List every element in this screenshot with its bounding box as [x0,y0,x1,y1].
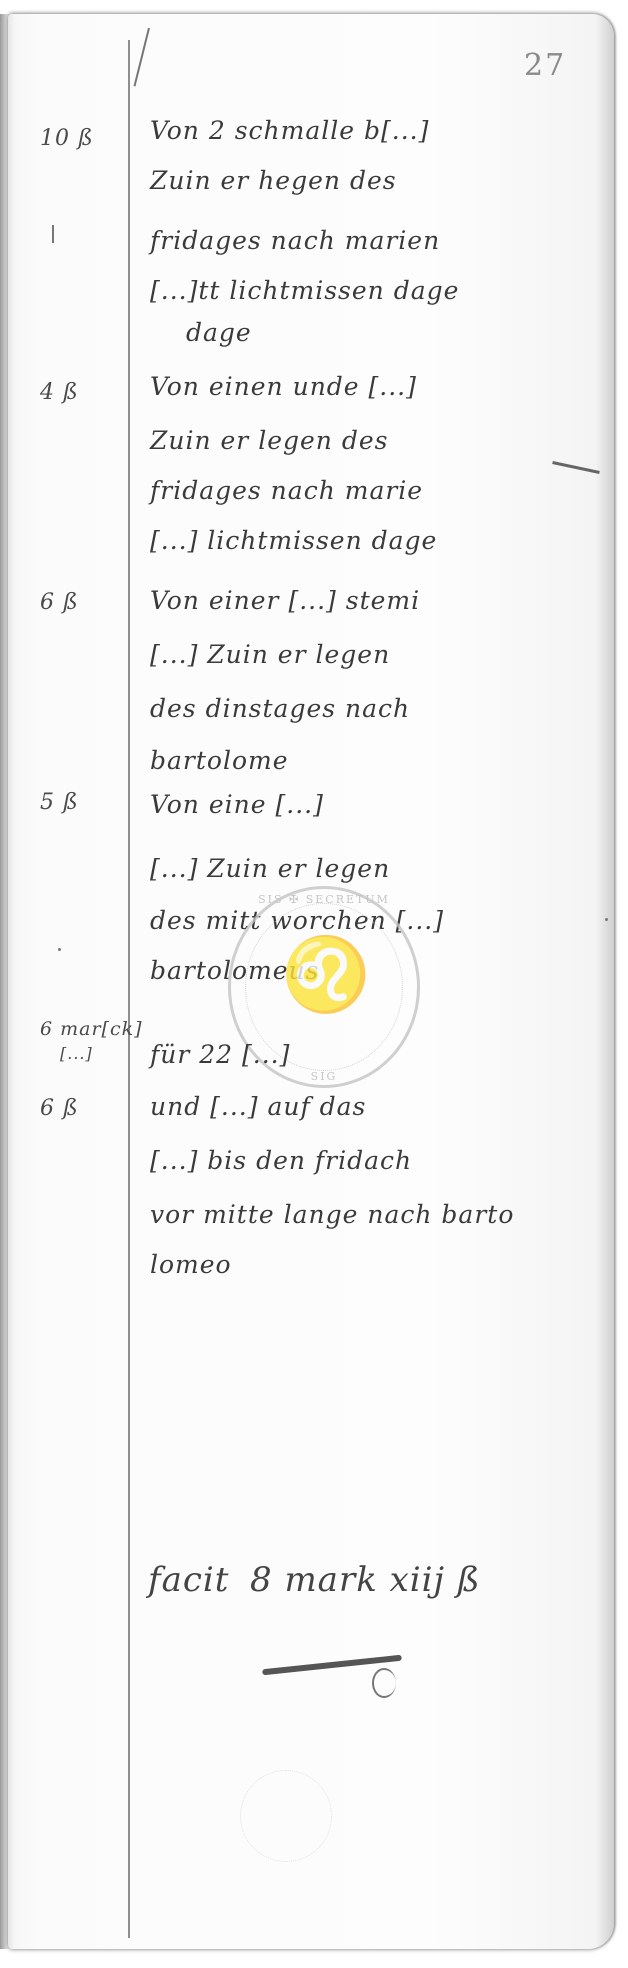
entry-line: Zuin er legen des [150,426,388,455]
entry-line: vor mitte lange nach barto [150,1200,514,1229]
closing-flourish-hook [372,1668,396,1698]
entry-line: [...] Zuin er legen [150,640,390,669]
entry-line: Von 2 schmalle b[...] [150,116,429,145]
entry-amount: 5 ß [40,790,79,815]
entry-line: fridages nach marien [150,226,440,255]
entry-line: [...] lichtmissen dage [150,526,437,555]
entry-amount: 6 ß [40,1096,79,1121]
margin-rule [128,40,130,1938]
entry-line: und [...] auf das [150,1092,366,1121]
entry-line: des dinstages nach [150,694,410,723]
entry-line: [...] Zuin er legen [150,854,390,883]
seal-bottom-text: SIG [231,1070,417,1083]
entry-line: [...]tt lichtmissen dage [150,276,459,305]
entry-line: Von einer [...] stemi [150,586,420,615]
margin-tick [52,225,54,243]
entry-amount: 4 ß [40,380,79,405]
ink-bleed-through [240,1770,332,1862]
ink-dot [58,948,61,951]
entry-line: fridages nach marie [150,476,423,505]
entry-amount: 10 ß [40,126,94,151]
entry-amount: 6 ß [40,590,79,615]
lion-emblem-icon: ♌ [281,939,371,1011]
entry-line: Von einen unde [...] [150,372,417,401]
folio-number: 27 [524,48,566,83]
entry-amount: 6 mar[ck] [40,1018,143,1040]
entry-line: dage [186,318,252,347]
seal-top-text: SIS ✠ SECRETUM [231,893,417,906]
total-label: facit [148,1560,229,1600]
entry-line: [...] bis den fridach [150,1146,412,1175]
entry-line: Von eine [...] [150,790,324,819]
entry-amount-sub: [...] [60,1044,93,1063]
entry-line: bartolome [150,746,289,775]
entry-line: lomeo [150,1250,232,1279]
entry-line: Zuin er hegen des [150,166,397,195]
total-value: 8 mark xiij ß [250,1560,481,1600]
ink-dot [605,918,608,921]
entry-line: für 22 [...] [150,1040,290,1069]
